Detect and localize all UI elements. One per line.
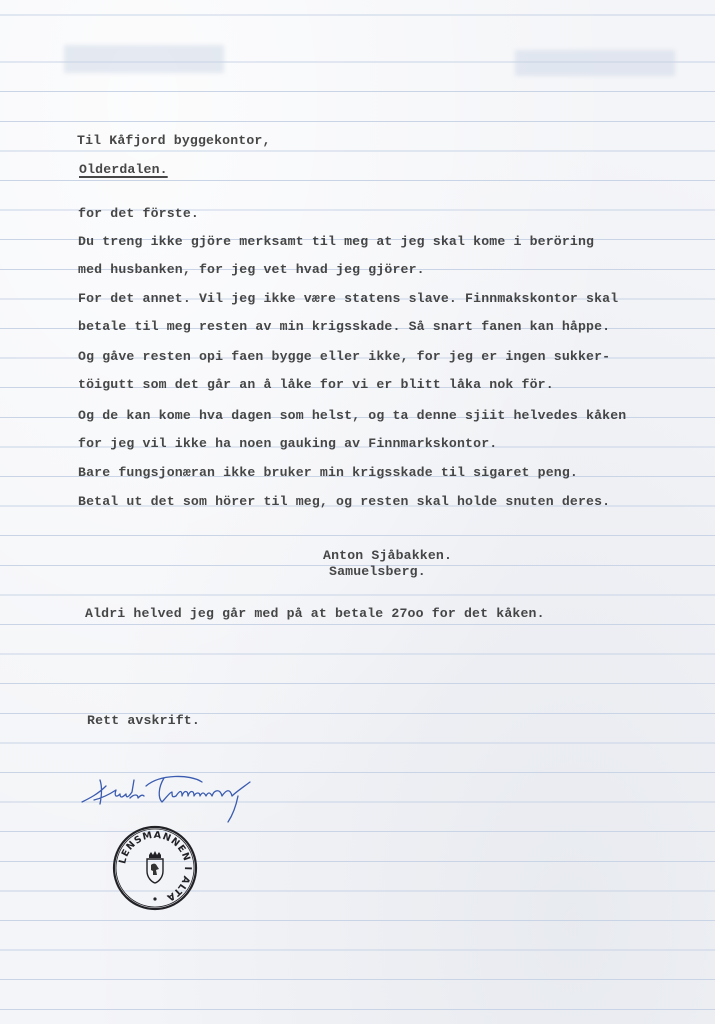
coat-of-arms-icon xyxy=(147,851,163,883)
paper-smudge xyxy=(515,50,675,76)
body-line: For det annet. Vil jeg ikke være statens… xyxy=(78,291,618,306)
postscript: Aldri helved jeg går med på at betale 27… xyxy=(85,606,545,621)
body-line: Og gåve resten opi faen bygge eller ikke… xyxy=(78,349,610,364)
letter-page: Til Kåfjord byggekontor, Olderdalen. for… xyxy=(0,0,715,1024)
recipient-line-1: Til Kåfjord byggekontor, xyxy=(77,133,271,148)
body-line: Du treng ikke gjöre merksamt til meg at … xyxy=(78,234,594,249)
body-line: for jeg vil ikke ha noen gauking av Finn… xyxy=(78,436,497,451)
recipient-line-2: Olderdalen. xyxy=(79,162,168,177)
body-line: Betal ut det som hörer til meg, og reste… xyxy=(78,494,610,509)
official-stamp: LENSMANNEN I ALTA xyxy=(112,825,198,911)
certification-note: Rett avskrift. xyxy=(87,713,200,728)
body-line: Og de kan kome hva dagen som helst, og t… xyxy=(78,408,626,423)
body-line: med husbanken, for jeg vet hvad jeg gjör… xyxy=(78,262,425,277)
body-line: betale til meg resten av min krigsskade.… xyxy=(78,319,610,334)
handwritten-signature xyxy=(80,768,280,823)
body-line: töigutt som det går an å låke for vi er … xyxy=(78,377,554,392)
body-line: Bare fungsjonæran ikke bruker min krigss… xyxy=(78,465,578,480)
sender-name: Anton Sjåbakken. xyxy=(323,548,452,563)
ruled-lines xyxy=(0,0,715,1024)
sender-place: Samuelsberg. xyxy=(329,564,426,579)
paper-smudge xyxy=(64,45,224,73)
body-line: for det förste. xyxy=(78,206,199,221)
stamp-dot xyxy=(153,897,156,900)
